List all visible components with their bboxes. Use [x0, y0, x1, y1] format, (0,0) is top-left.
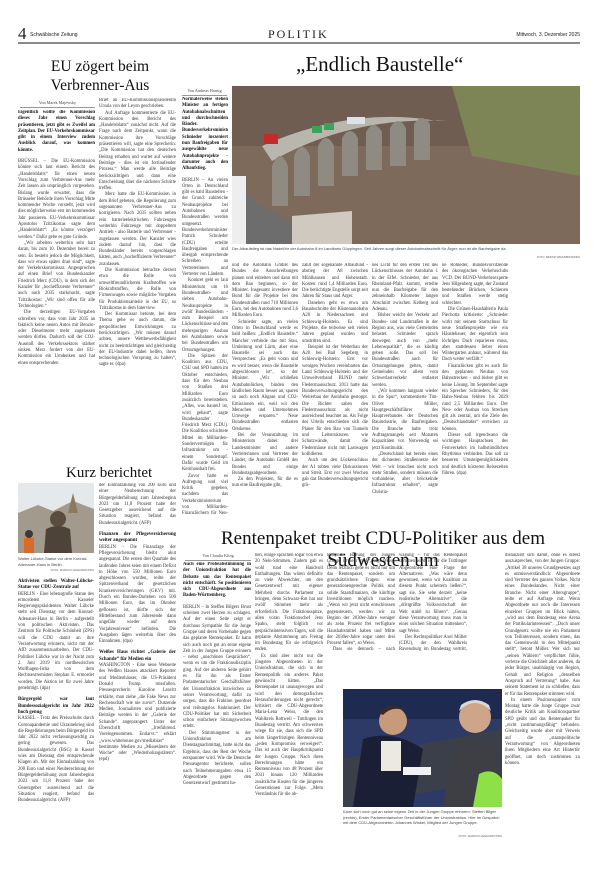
paragraph: BRÜSSEL – Die EU-Kommission könnte sich … — [18, 159, 95, 241]
statue-image — [18, 483, 94, 553]
article-eu-col1: Eigentlich wollte die Kommission dieses … — [18, 110, 95, 460]
paragraph: und die Autobahn GmbH des Bundes die Aus… — [232, 263, 298, 320]
bilger-winkel-photo — [343, 689, 502, 807]
paragraph: Der Kommissar betonte, bei dem Thema geh… — [99, 312, 176, 369]
article-baustelle-col2: und die Autobahn GmbH des Bundes die Aus… — [232, 263, 298, 518]
byline-eu: Von Marek Majewsky — [20, 100, 95, 108]
paragraph: Es sind aber nicht nur die jüngsten Abge… — [255, 654, 323, 799]
paragraph: Beispiel ist der Weiterbau der A20 bei B… — [302, 345, 368, 458]
kurz-item-title: Bürgergeld war laut Bundessozialgericht … — [18, 697, 94, 716]
paragraph: Merz hatte die EU-Kommission in dem Brie… — [99, 192, 176, 268]
paragraph: Finanzlücken gibt es auch für den geplan… — [442, 364, 508, 433]
paragraph: nes Licht für den ersten Teil des Lücken… — [372, 263, 438, 313]
luebcke-photo-credit: FOTO: MARKUS LENHARDT/DPA — [18, 568, 94, 572]
paragraph: Die Kommission betrachte derzeit etwa di… — [99, 268, 176, 312]
paragraph: ben, einige sprachen sogar von etwa 20 N… — [255, 553, 323, 654]
paragraph: Bisher weicht der Verkehr auf Bundes- un… — [372, 313, 438, 389]
byline-baustelle: Von Andreas Hornig — [182, 88, 227, 96]
paragraph: Zu den Projekten, für die es nun eine Ba… — [232, 477, 298, 490]
kurz-col1: Aktivisten stellen Walter-Lübcke-Statue … — [18, 574, 94, 824]
article-baustelle-col1: Normalerweise stehen Minister an fertige… — [182, 97, 228, 517]
article-eu-col2: Brief an EU-Kommissionspräsidentin Ursul… — [99, 98, 176, 460]
paragraph: wägung – für das Rentenpaket stimmen wir… — [399, 553, 467, 635]
paragraph: Auf Anfrage kommentierte die EU-Kommissi… — [99, 111, 176, 193]
luebcke-statue-photo — [18, 483, 94, 553]
article-rente-col5: distanziert sich damit, ohne es direkt a… — [505, 553, 580, 838]
paragraph: „Wir arbeiten weiterhin sehr hart daran,… — [18, 241, 95, 310]
paragraph: Schnieder sagte, an vielen Orten in Deut… — [232, 320, 298, 433]
paragraph: Die Grünen-Haushälterin Paula Piechotta … — [442, 307, 508, 364]
paragraph: Dieser soll irgendwann die wichtigen Hau… — [442, 433, 508, 477]
paragraph: „Deutschland hat bereits eines der dicht… — [372, 452, 438, 496]
paragraph: In einem Positionspapier vom Montag hatt… — [505, 698, 580, 767]
viaduct-image — [232, 86, 580, 244]
paragraph: Zuvor hatte es Aufregung und viel Kritik… — [182, 474, 228, 517]
page-number: 4 — [18, 26, 27, 42]
paragraph: distanziert sich damit, ohne es direkt a… — [505, 553, 580, 698]
paragraph: zählt der sogenannte Albaufund -abstieg … — [302, 263, 368, 301]
paragraph: Auch um den Lückenschluss der A1 tobten … — [302, 458, 368, 489]
paragraph: Daneben geht es etwa um Bauabschnitte de… — [302, 301, 368, 345]
kurz-item-body: WASHINGTON - Eine neue Webseite des Weiß… — [99, 663, 176, 764]
albaufstieg-photo — [232, 86, 580, 244]
paragraph: Bei der Veranstaltung im Ministerium dab… — [232, 433, 298, 477]
luebcke-photo-caption: Walter-Lübcke-Statue vor dem Konrad-Aden… — [18, 556, 94, 567]
byline-rente: Von Claudia Kling — [185, 553, 251, 561]
article-eu-lead: Eigentlich wollte die Kommission dieses … — [18, 110, 95, 154]
kurz-item-body-continued: der Einmalzahlung von 200 Euro und einer… — [99, 483, 176, 527]
paragraph: Die derzeitigen EU-Vorgaben schreiben vo… — [18, 310, 95, 367]
paragraph: ne Rohleder, Bundesvorsitzende des ökolo… — [442, 263, 508, 307]
headline-baustelle: „Endlich Baustelle“ — [296, 52, 463, 77]
parliament-image — [343, 689, 502, 807]
paragraph: Brief an EU-Kommissionspräsidentin Ursul… — [99, 98, 176, 111]
article-rente-lead: Auch eine Probeabstimmung in der Unionsf… — [183, 562, 251, 600]
kurz-item-body: BERLIN - Eine lebensgroße Statue des erm… — [18, 592, 94, 693]
kurz-berichtet-heading: Kurz berichtet — [66, 465, 152, 482]
article-rente-col2: ben, einige sprachen sogar von etwa 20 N… — [255, 553, 323, 853]
kurz-item-title: Weißes Haus richtet „Galerie der Schande… — [99, 650, 176, 663]
issue-date: Mittwoch, 3. Dezember 2025 — [516, 32, 580, 38]
paragraph: lehnende Haltung der Jungen Gruppe ist s… — [327, 553, 395, 647]
article-rente-col1: Auch eine Probeabstimmung in der Unionsf… — [183, 562, 251, 872]
paper-name: Schwäbische Zeitung — [30, 32, 78, 38]
article-rente-col4: wägung – für das Rentenpaket stimmen wir… — [399, 553, 467, 653]
paragraph: „Wir kommen langsam wieder in die Spur“,… — [372, 389, 438, 452]
paragraph: Der Stimmungstest in der Unionsfraktion … — [183, 731, 251, 788]
paragraph: Die Spitzen der Koalition aus CDU, CSU u… — [182, 354, 228, 474]
article-baustelle-col4: nes Licht für den ersten Teil des Lücken… — [372, 263, 438, 518]
kurz-item-title: Finanzen der Pflegeversicherung weiter a… — [99, 532, 176, 545]
paragraph: Der Rechtspolitiker Axel Müller (CDU), d… — [399, 635, 467, 653]
paragraph: Konkret geht es laut Ministerium um 16 B… — [182, 278, 228, 354]
kurz-item-body: BERLIN - Die Finanzlage der Pflegeversic… — [99, 545, 176, 646]
article-baustelle-lead: Normalerweise stehen Minister an fertige… — [182, 97, 228, 173]
paragraph: Dass sie dennoch – nach schwierigen Woch… — [327, 647, 395, 653]
paragraph: BERLIN – In Steffen Bilgers Brust schein… — [183, 605, 251, 731]
bilger-photo-caption: Kann sich noch gut an seine eigene Zeit … — [343, 809, 503, 826]
section-title: POLITIK — [268, 27, 329, 42]
albaufstieg-caption: Der Albaufstieg ist das Nadelöhr der Aut… — [232, 246, 562, 252]
article-rente-col3: lehnende Haltung der Jungen Gruppe ist s… — [327, 553, 395, 653]
albaufstieg-credit: FOTO: BERND WEISSBROD/DPA — [500, 255, 580, 259]
masthead: 4 Schwäbische Zeitung POLITIK Mittwoch, … — [18, 26, 580, 44]
article-baustelle-col3: zählt der sogenannte Albaufund -abstieg … — [302, 263, 368, 518]
kurz-col2: der Einmalzahlung von 200 Euro und einer… — [99, 483, 176, 823]
article-baustelle-col5: „Deutschland hat bereits eines der dicht… — [442, 263, 508, 518]
headline-eu: EU zögert beim Verbrenner-Aus — [40, 57, 160, 95]
kurz-item-title: Aktivisten stellen Walter-Lübcke-Statue … — [18, 579, 94, 592]
kurz-item-body: KASSEL - Trotz des Preisschubs durch Cor… — [18, 716, 94, 804]
bilger-photo-credit: FOTO: MARKUS LENHARDT/DPA — [440, 834, 502, 838]
paragraph: BERLIN – An vielen Orten in Deutschland … — [182, 178, 228, 279]
